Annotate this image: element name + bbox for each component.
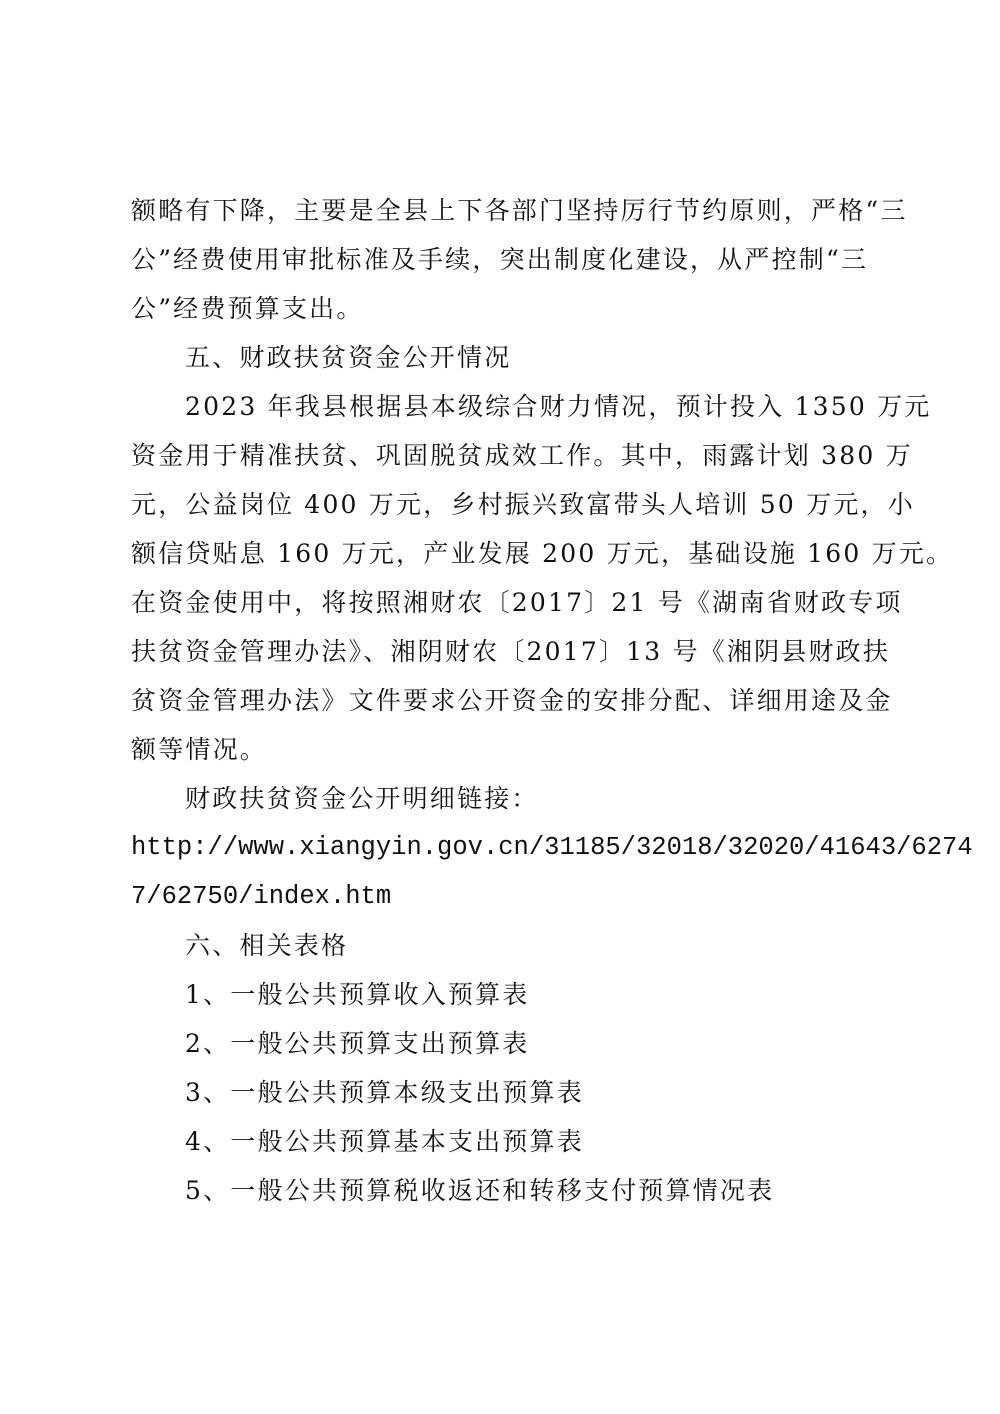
text-line: 在资金使用中，将按照湘财农〔2017〕21 号《湖南省财政专项 [131, 578, 871, 627]
paragraph-poverty-funds: 2023 年我县根据县本级综合财力情况，预计投入 1350 万元 资金用于精准扶… [131, 382, 871, 774]
url-line[interactable]: 7/62750/index.htm [131, 872, 871, 921]
text-line: 公”经费使用审批标准及手续，突出制度化建设，从严控制“三 [131, 235, 871, 284]
list-item: 1、一般公共预算收入预算表 [131, 970, 871, 1019]
list-item: 4、一般公共预算基本支出预算表 [131, 1117, 871, 1166]
document-page: 额略有下降，主要是全县上下各部门坚持厉行节约原则，严格“三 公”经费使用审批标准… [131, 186, 871, 1215]
paragraph-sangong-expenses: 额略有下降，主要是全县上下各部门坚持厉行节约原则，严格“三 公”经费使用审批标准… [131, 186, 871, 333]
text-line: 公”经费预算支出。 [131, 284, 871, 333]
section-heading-6: 六、相关表格 [131, 921, 871, 970]
link-label: 财政扶贫资金公开明细链接： [131, 774, 871, 823]
detail-link[interactable]: http://www.xiangyin.gov.cn/31185/32018/3… [131, 823, 871, 921]
text-line: 额等情况。 [131, 725, 871, 774]
text-line: 扶贫资金管理办法》、湘阴财农〔2017〕13 号《湘阴县财政扶 [131, 627, 871, 676]
url-line[interactable]: http://www.xiangyin.gov.cn/31185/32018/3… [131, 823, 871, 872]
text-line: 贫资金管理办法》文件要求公开资金的安排分配、详细用途及金 [131, 676, 871, 725]
section-heading-5: 五、财政扶贫资金公开情况 [131, 333, 871, 382]
text-line: 元，公益岗位 400 万元，乡村振兴致富带头人培训 50 万元，小 [131, 480, 871, 529]
text-line: 额信贷贴息 160 万元，产业发展 200 万元，基础设施 160 万元。 [131, 529, 871, 578]
related-tables-list: 1、一般公共预算收入预算表 2、一般公共预算支出预算表 3、一般公共预算本级支出… [131, 970, 871, 1215]
text-line: 2023 年我县根据县本级综合财力情况，预计投入 1350 万元 [131, 382, 871, 431]
text-line: 额略有下降，主要是全县上下各部门坚持厉行节约原则，严格“三 [131, 186, 871, 235]
list-item: 5、一般公共预算税收返还和转移支付预算情况表 [131, 1166, 871, 1215]
list-item: 3、一般公共预算本级支出预算表 [131, 1068, 871, 1117]
list-item: 2、一般公共预算支出预算表 [131, 1019, 871, 1068]
text-line: 资金用于精准扶贫、巩固脱贫成效工作。其中，雨露计划 380 万 [131, 431, 871, 480]
